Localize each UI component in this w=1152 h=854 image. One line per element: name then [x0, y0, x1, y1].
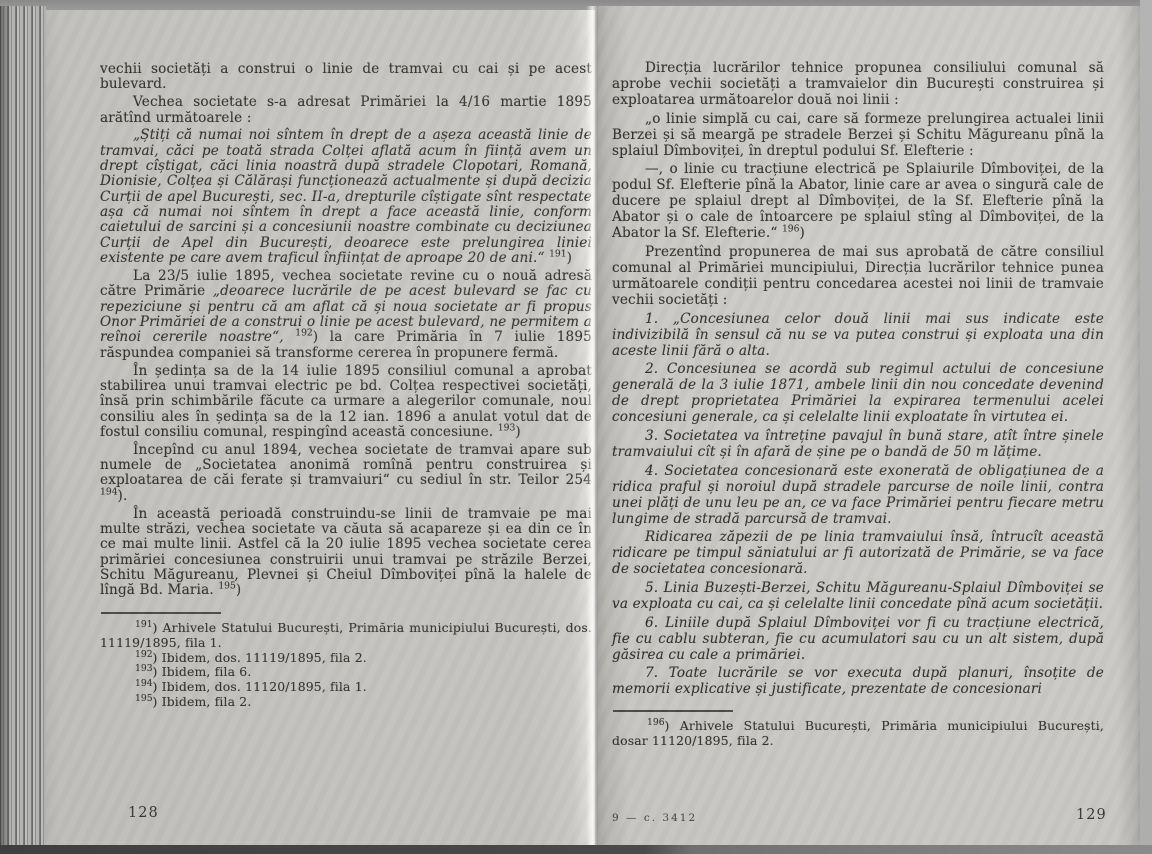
right-body-paragraphs: Direcția lucrărilor tehnice propunea con… [612, 60, 1104, 697]
text-run: ) Arhivele Statului București, Primăria … [612, 718, 1104, 748]
paragraph: 5. Linia Buzești-Berzei, Schitu Măgurean… [612, 580, 1104, 612]
paragraph: Ridicarea zăpezii de pe linia tramvaiulu… [612, 529, 1104, 577]
text-run: ) Ibidem, fila 2. [153, 694, 252, 709]
text-run: ) [515, 424, 520, 440]
footnote-ref: 191 [549, 249, 567, 260]
footnote-ref: 195 [218, 581, 236, 592]
text-run: Ridicarea zăpezii de pe linia tramvaiulu… [612, 529, 1104, 577]
text-run: 2. Concesiunea se acordă sub regimul act… [612, 361, 1104, 425]
text-run: „Știți că numai noi sîntem în drept de a… [100, 127, 592, 266]
paragraph: „Știți că numai noi sîntem în drept de a… [100, 128, 592, 266]
text-run: Direcția lucrărilor tehnice propunea con… [612, 60, 1104, 108]
text-run: 1. „Concesiunea celor două linii mai sus… [612, 311, 1104, 359]
paragraph: În ședința sa de la 14 iulie 1895 consil… [100, 364, 592, 441]
text-run: În această perioadă construindu-se linii… [100, 506, 592, 599]
right-page: Direcția lucrărilor tehnice propunea con… [595, 6, 1140, 848]
text-run: ) [567, 250, 572, 266]
text-run: Începînd cu anul 1894, vechea societate … [100, 442, 592, 489]
text-run: „o linie simplă cu cai, care să formeze … [612, 111, 1104, 159]
text-run: ) [236, 582, 241, 598]
paragraph: 194) Ibidem, dos. 11120/1895, fila 1. [100, 680, 592, 695]
paragraph: „o linie simplă cu cai, care să formeze … [612, 111, 1104, 159]
scan-bottom-edge [0, 845, 1152, 854]
text-run: ) [800, 225, 805, 241]
text-run: ). [118, 488, 128, 504]
footnote-ref: 191 [135, 619, 153, 630]
left-body-paragraphs: vechii societăți a construi o linie de t… [100, 62, 592, 599]
text-run: 7. Toate lucrările se vor executa după p… [612, 665, 1104, 697]
left-footnotes: 191) Arhivele Statului București, Primăr… [100, 612, 592, 710]
text-run: 3. Societatea va întreține pavajul în bu… [612, 428, 1104, 460]
paragraph: 6. Liniile după Splaiul Dîmboviței vor f… [612, 615, 1104, 663]
footnote-ref: 194 [100, 486, 118, 497]
scan-right-margin [1140, 0, 1152, 854]
paragraph: În această perioadă construindu-se linii… [100, 507, 592, 599]
text-run: ) Ibidem, dos. 11119/1895, fila 2. [153, 650, 367, 665]
text-run: ) Arhivele Statului București, Primăria … [100, 620, 592, 650]
text-run: Prezentînd propunerea de mai sus aprobat… [612, 244, 1104, 308]
left-footnote-paragraphs: 191) Arhivele Statului București, Primăr… [100, 621, 592, 710]
text-run: Vechea societate s-a adresat Primăriei l… [100, 94, 592, 125]
right-page-text: Direcția lucrărilor tehnice propunea con… [612, 60, 1104, 749]
paragraph: 7. Toate lucrările se vor executa după p… [612, 665, 1104, 697]
text-run: 5. Linia Buzești-Berzei, Schitu Măgurean… [612, 580, 1104, 612]
right-footnote-paragraphs: 196) Arhivele Statului București, Primăr… [612, 719, 1104, 749]
spine-highlight [586, 6, 598, 846]
printer-mark: 9 — c. 3412 [612, 812, 697, 824]
left-page: vechii societăți a construi o linie de t… [46, 10, 595, 846]
paragraph: 1. „Concesiunea celor două linii mai sus… [612, 311, 1104, 359]
page-number-left: 128 [128, 805, 159, 821]
paragraph: Începînd cu anul 1894, vechea societate … [100, 443, 592, 504]
book-scan: vechii societăți a construi o linie de t… [0, 0, 1152, 854]
paragraph: —, o linie cu tracțiune electrică pe Spl… [612, 161, 1104, 241]
footnote-rule [101, 612, 221, 614]
text-run: 6. Liniile după Splaiul Dîmboviței vor f… [612, 615, 1104, 663]
footnote-ref: 192 [295, 328, 313, 339]
paragraph: 2. Concesiunea se acordă sub regimul act… [612, 361, 1104, 425]
text-run: ) Ibidem, fila 6. [153, 664, 252, 679]
text-run: vechii societăți a construi o linie de t… [100, 61, 592, 92]
right-footnotes: 196) Arhivele Statului București, Primăr… [612, 710, 1104, 749]
footnote-ref: 195 [135, 693, 153, 704]
paragraph: Direcția lucrărilor tehnice propunea con… [612, 60, 1104, 108]
paragraph: 4. Societatea concesionară este exonerat… [612, 463, 1104, 527]
footnote-ref: 193 [135, 663, 153, 674]
paragraph: 3. Societatea va întreține pavajul în bu… [612, 428, 1104, 460]
footnote-ref: 196 [647, 717, 665, 728]
page-number-right: 129 [1076, 807, 1107, 823]
paragraph: Prezentînd propunerea de mai sus aprobat… [612, 244, 1104, 308]
paragraph: 191) Arhivele Statului București, Primăr… [100, 621, 592, 651]
footnote-rule [613, 710, 733, 712]
left-page-text: vechii societăți a construi o linie de t… [100, 62, 592, 710]
paragraph: 196) Arhivele Statului București, Primăr… [612, 719, 1104, 749]
text-run: ) Ibidem, dos. 11120/1895, fila 1. [153, 679, 367, 694]
footnote-ref: 196 [782, 224, 800, 235]
page-edge-stack [0, 6, 46, 848]
text-run: 4. Societatea concesionară este exonerat… [612, 463, 1104, 527]
footnote-ref: 194 [135, 678, 153, 689]
footnote-ref: 193 [498, 422, 516, 433]
paragraph: vechii societăți a construi o linie de t… [100, 62, 592, 93]
footnote-ref: 192 [135, 648, 153, 659]
text-run: —, o linie cu tracțiune electrică pe Spl… [612, 161, 1104, 241]
paragraph: La 23/5 iulie 1895, vechea societate rev… [100, 269, 592, 361]
paragraph: Vechea societate s-a adresat Primăriei l… [100, 95, 592, 126]
paragraph: 195) Ibidem, fila 2. [100, 695, 592, 710]
